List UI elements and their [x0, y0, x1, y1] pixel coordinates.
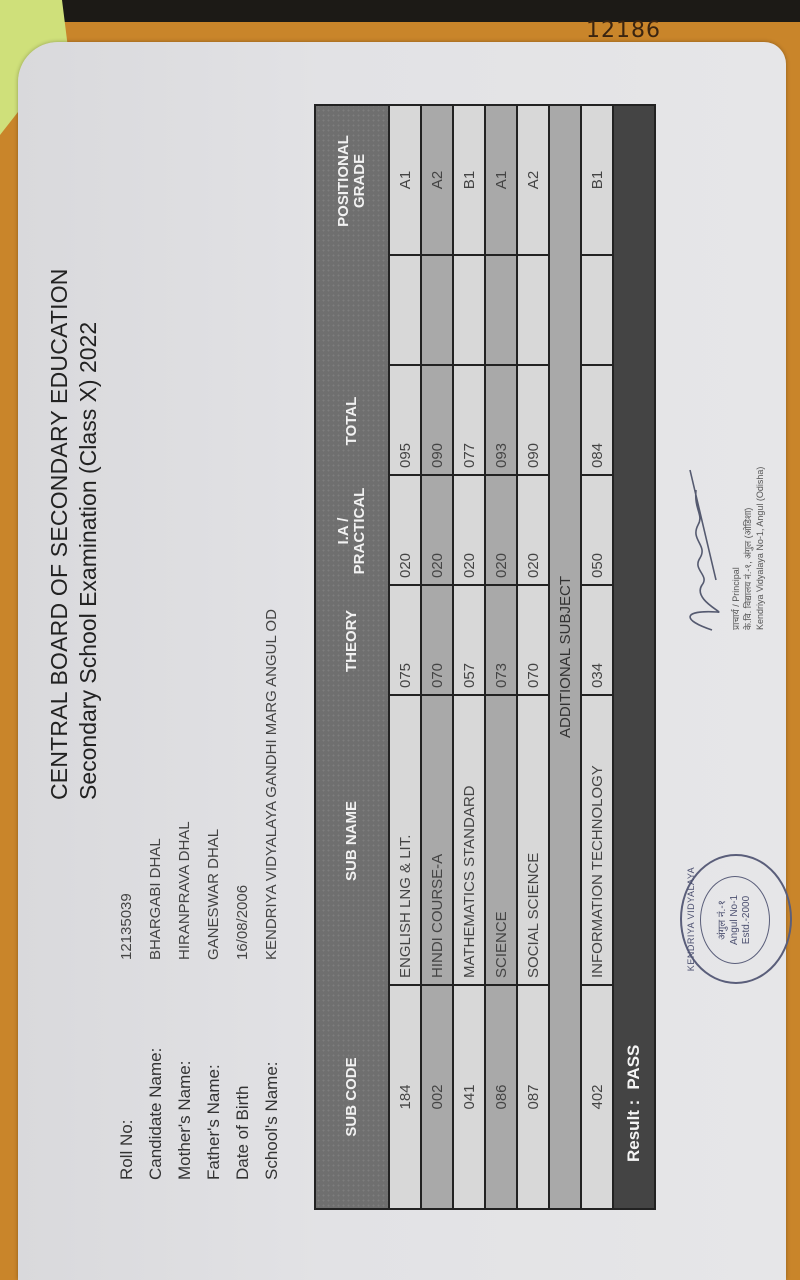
header-practical: I.A / PRACTICAL: [336, 476, 368, 586]
principal-school-english: Kendriya Vidyalaya No-1, Angul (Odisha): [754, 467, 766, 630]
sub-name-cell: ENGLISH LNG & LIT.: [390, 696, 420, 986]
marks-table-body: 184ENGLISH LNG & LIT.075020095A1002HINDI…: [388, 106, 548, 1208]
spacer-cell: [486, 256, 516, 366]
school-name-label: School's Name:: [262, 960, 282, 1180]
total-cell: 093: [486, 366, 516, 476]
candidate-name-value: BHARGABI DHAL: [147, 838, 164, 960]
candidate-info: Roll No: 12135039 Candidate Name: BHARGA…: [112, 609, 286, 1180]
sub-name-cell: INFORMATION TECHNOLOGY: [582, 696, 612, 986]
roll-no-label: Roll No:: [117, 960, 137, 1180]
theory-cell: 057: [454, 586, 484, 696]
school-name-value: KENDRIYA VIDYALAYA GANDHI MARG ANGUL OD: [263, 609, 280, 960]
principal-attestation: प्राचार्य / Principal के.वि. विद्यालय नं…: [730, 467, 766, 630]
additional-subject-label: ADDITIONAL SUBJECT: [557, 576, 574, 738]
board-title: CENTRAL BOARD OF SECONDARY EDUCATION: [46, 268, 73, 800]
table-row: 087SOCIAL SCIENCE070020090A2: [516, 106, 548, 1208]
dob-label: Date of Birth: [233, 960, 253, 1180]
theory-cell: 070: [518, 586, 548, 696]
stamp-line2: Angul No-1: [729, 895, 741, 945]
theory-cell: 075: [390, 586, 420, 696]
total-cell: 090: [518, 366, 548, 476]
result-label: Result :: [624, 1100, 644, 1162]
additional-subject-body: 402INFORMATION TECHNOLOGY034050084B1: [580, 106, 612, 1208]
spacer-cell: [582, 256, 612, 366]
info-roll-no: Roll No: 12135039: [112, 609, 141, 1180]
info-mother-name: Mother's Name: HIRANPRAVA DHAL: [170, 609, 199, 1180]
stamp-inner: अंगुल नं.-१ Angul No-1 Estd.-2000: [700, 876, 770, 964]
practical-cell: 020: [422, 476, 452, 586]
spacer-cell: [422, 256, 452, 366]
theory-cell: 034: [582, 586, 612, 696]
father-name-label: Father's Name:: [204, 960, 224, 1180]
sub-name-cell: SOCIAL SCIENCE: [518, 696, 548, 986]
sub-code-cell: 086: [486, 986, 516, 1208]
sub-code-cell: 041: [454, 986, 484, 1208]
practical-cell: 020: [518, 476, 548, 586]
father-name-value: GANESWAR DHAL: [205, 829, 222, 960]
table-row: 002HINDI COURSE-A070020090A2: [420, 106, 452, 1208]
grade-cell: B1: [454, 106, 484, 256]
sub-name-cell: MATHEMATICS STANDARD: [454, 696, 484, 986]
grade-cell: A2: [422, 106, 452, 256]
practical-cell: 020: [486, 476, 516, 586]
dob-value: 16/08/2006: [234, 885, 251, 960]
sub-name-cell: SCIENCE: [486, 696, 516, 986]
mother-name-value: HIRANPRAVA DHAL: [176, 821, 193, 960]
stamp-line3: Estd.-2000: [741, 896, 753, 944]
header-grade-line2: GRADE: [352, 106, 368, 256]
school-stamp: KENDRIYA VIDYALAYA अंगुल नं.-१ Angul No-…: [680, 854, 792, 984]
result-row: Result : PASS: [612, 106, 654, 1208]
info-father-name: Father's Name: GANESWAR DHAL: [199, 609, 228, 1180]
grade-cell: A2: [518, 106, 548, 256]
document-header: CENTRAL BOARD OF SECONDARY EDUCATION Sec…: [46, 268, 102, 800]
header-sub-code: SUB CODE: [344, 986, 360, 1208]
table-row: 402INFORMATION TECHNOLOGY034050084B1: [580, 106, 612, 1208]
table-row: 041MATHEMATICS STANDARD057020077B1: [452, 106, 484, 1208]
sub-code-cell: 087: [518, 986, 548, 1208]
grade-cell: A1: [486, 106, 516, 256]
header-theory: THEORY: [344, 586, 360, 696]
roll-no-value: 12135039: [118, 893, 135, 960]
marks-table: SUB CODE SUB NAME THEORY I.A / PRACTICAL…: [314, 104, 656, 1210]
header-total: TOTAL: [344, 366, 360, 476]
header-practical-line1: I.A /: [336, 476, 352, 586]
additional-subject-heading: ADDITIONAL SUBJECT: [548, 106, 580, 1208]
stamp-line1: अंगुल नं.-१: [717, 900, 729, 940]
exam-title: Secondary School Examination (Class X) 2…: [75, 268, 102, 800]
practical-cell: 020: [454, 476, 484, 586]
principal-signature: [672, 440, 732, 640]
marks-table-header: SUB CODE SUB NAME THEORY I.A / PRACTICAL…: [316, 106, 388, 1208]
header-practical-line2: PRACTICAL: [352, 476, 368, 586]
total-cell: 090: [422, 366, 452, 476]
practical-cell: 020: [390, 476, 420, 586]
sub-code-cell: 184: [390, 986, 420, 1208]
grade-cell: B1: [582, 106, 612, 256]
table-row: 086SCIENCE073020093A1: [484, 106, 516, 1208]
theory-cell: 073: [486, 586, 516, 696]
grade-cell: A1: [390, 106, 420, 256]
total-cell: 084: [582, 366, 612, 476]
candidate-name-label: Candidate Name:: [146, 960, 166, 1180]
spacer-cell: [454, 256, 484, 366]
sub-code-cell: 402: [582, 986, 612, 1208]
total-cell: 095: [390, 366, 420, 476]
info-dob: Date of Birth 16/08/2006: [228, 609, 257, 1180]
principal-title: प्राचार्य / Principal: [730, 467, 742, 630]
result-value: PASS: [624, 1045, 644, 1090]
sub-code-cell: 002: [422, 986, 452, 1208]
spacer-cell: [390, 256, 420, 366]
practical-cell: 050: [582, 476, 612, 586]
theory-cell: 070: [422, 586, 452, 696]
mother-name-label: Mother's Name:: [175, 960, 195, 1180]
info-school-name: School's Name: KENDRIYA VIDYALAYA GANDHI…: [257, 609, 286, 1180]
header-grade-line1: POSITIONAL: [336, 106, 352, 256]
total-cell: 077: [454, 366, 484, 476]
stamp-ring-text: KENDRIYA VIDYALAYA: [686, 856, 696, 982]
header-sub-name: SUB NAME: [344, 696, 360, 986]
info-candidate-name: Candidate Name: BHARGABI DHAL: [141, 609, 170, 1180]
sub-name-cell: HINDI COURSE-A: [422, 696, 452, 986]
header-grade: POSITIONAL GRADE: [336, 106, 368, 256]
spacer-cell: [518, 256, 548, 366]
table-row: 184ENGLISH LNG & LIT.075020095A1: [388, 106, 420, 1208]
marksheet-document: CENTRAL BOARD OF SECONDARY EDUCATION Sec…: [0, 0, 800, 1280]
principal-school-hindi: के.वि. विद्यालय नं.-१, अंगुल (ओडिशा): [742, 467, 754, 630]
